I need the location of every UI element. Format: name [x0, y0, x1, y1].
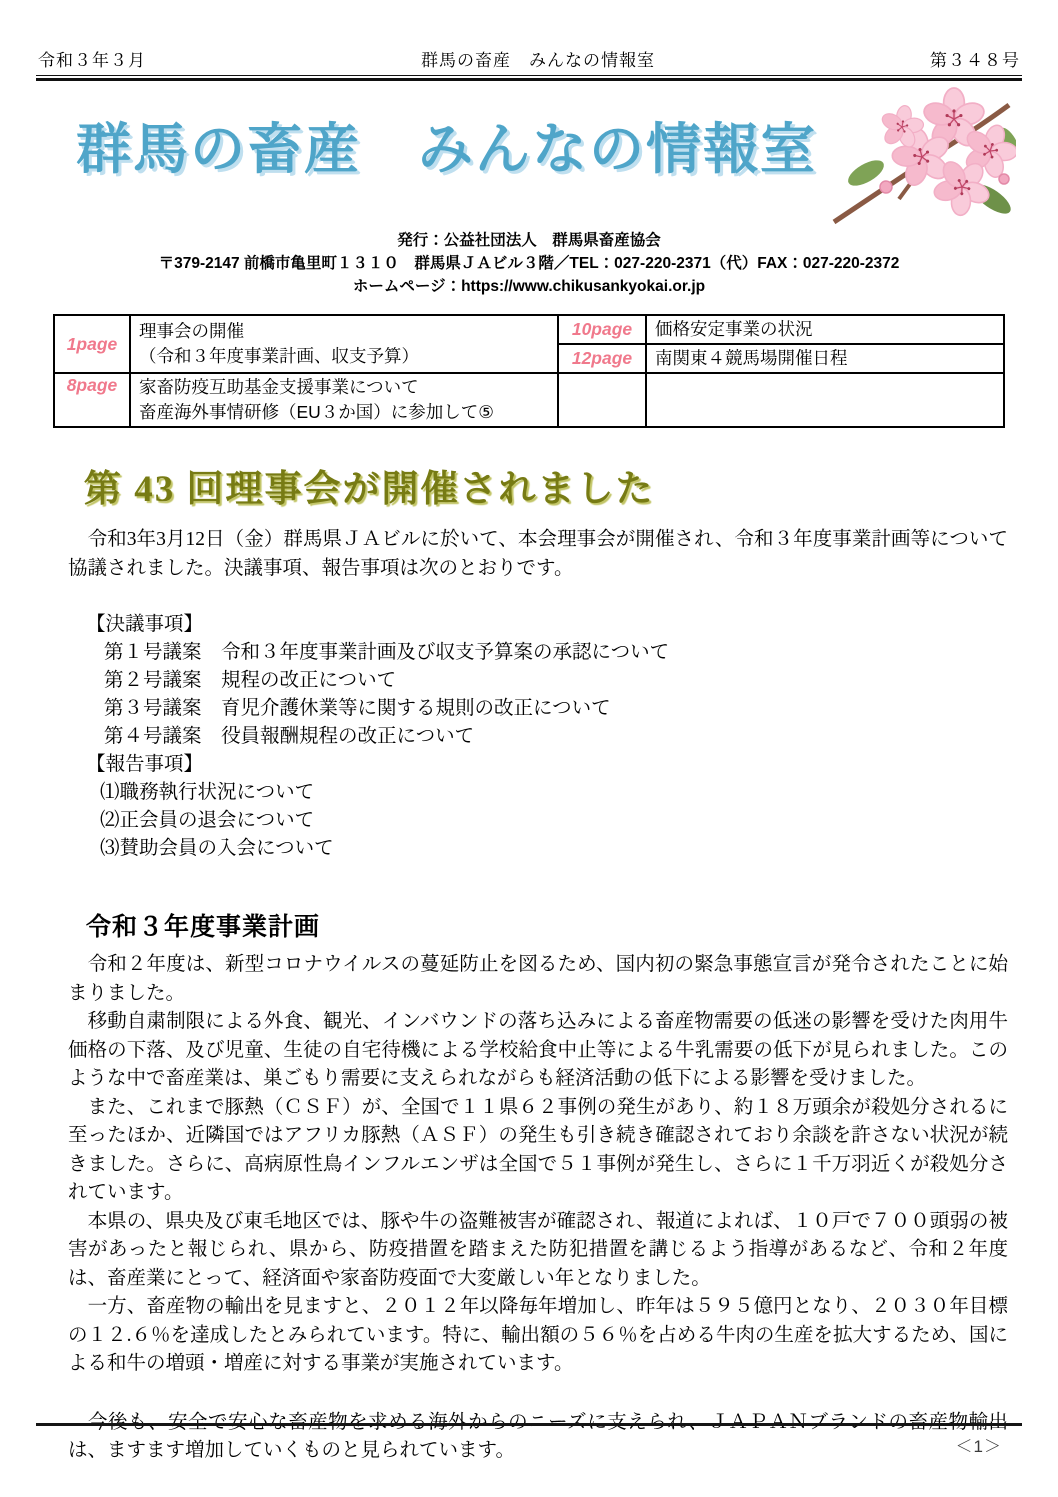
toc-item-text: 南関東４競馬場開催日程 [646, 344, 1004, 373]
plan-paragraph: 本県の、県央及び東毛地区では、豚や牛の盗難被害が確認され、報道によれば、１０戸で… [68, 1208, 1008, 1294]
toc-page-label: 12page [558, 344, 646, 373]
publisher-address: 〒379-2147 前橋市亀里町１３１０ 群馬県ＪＡビル３階／TEL：027-2… [36, 252, 1022, 275]
publisher-block: 発行：公益社団法人 群馬県畜産協会 〒379-2147 前橋市亀里町１３１０ 群… [36, 229, 1022, 298]
running-header: 令和３年３月 群馬の畜産 みんなの情報室 第３４８号 [36, 46, 1022, 75]
article-intro-paragraph: 令和3年3月12日（金）群馬県ＪＡビルに於いて、本会理事会が開催され、令和３年度… [68, 526, 1008, 583]
report-item: ⑵正会員の退会について [100, 807, 1022, 835]
report-item: ⑴職務執行状況について [100, 779, 1022, 807]
report-item: ⑶賛助会員の入会について [100, 835, 1022, 863]
cherry-blossom-image [804, 87, 1016, 229]
toc-page-label: 1page [54, 315, 130, 373]
toc-item-text: 家畜防疫互助基金支援事業について 畜産海外事情研修（EU３か国）に参加して⑤ [130, 373, 558, 427]
toc-empty-cell [558, 373, 646, 427]
plan-section-heading: 令和３年度事業計画 [86, 907, 1022, 943]
plan-paragraph: 令和２年度は、新型コロナウイルスの蔓延防止を図るため、国内初の緊急事態宣言が発令… [68, 951, 1008, 1008]
plan-paragraph: 移動自粛制限による外食、観光、インバウンドの落ち込みによる畜産物需要の低迷の影響… [68, 1008, 1008, 1094]
title-banner: 群馬の畜産 みんなの情報室 [36, 93, 1022, 225]
toc-line: 価格安定事業の状況 [655, 317, 995, 342]
newsletter-title: 群馬の畜産 みんなの情報室 [76, 105, 817, 184]
toc-line: 理事会の開催 [139, 319, 549, 344]
header-newsletter-name: 群馬の畜産 みんなの情報室 [421, 46, 655, 71]
reports-heading: 【報告事項】 [86, 751, 1022, 779]
plan-paragraph: 一方、畜産物の輸出を見ますと、２０１２年以降毎年増加し、昨年は５９５億円となり、… [68, 1293, 1008, 1379]
article-title: 第 43 回理事会が開催されました [84, 458, 1022, 512]
plan-paragraph: また、これまで豚熱（ＣＳＦ）が、全国で１１県６２事例の発生があり、約１８万頭余が… [68, 1094, 1008, 1208]
toc-row: 1page 理事会の開催 （令和３年度事業計画、収支予算） 10page 価格安… [54, 315, 1004, 344]
publisher-name: 発行：公益社団法人 群馬県畜産協会 [36, 229, 1022, 252]
toc-line: 家畜防疫互助基金支援事業について [139, 375, 549, 400]
toc-line: （令和３年度事業計画、収支予算） [139, 344, 549, 369]
header-date: 令和３年３月 [38, 46, 146, 71]
toc-page-label: 8page [54, 373, 130, 427]
page-number: ＜1＞ [956, 1432, 1002, 1457]
resolution-item: 第４号議案 役員報酬規程の改正について [104, 723, 1022, 751]
footer-divider [36, 1423, 1022, 1426]
header-issue-number: 第３４８号 [930, 46, 1020, 71]
publisher-homepage: ホームページ：https://www.chikusankyokai.or.jp [36, 275, 1022, 298]
resolution-item: 第２号議案 規程の改正について [104, 667, 1022, 695]
toc-empty-cell [646, 373, 1004, 427]
toc-row: 8page 家畜防疫互助基金支援事業について 畜産海外事情研修（EU３か国）に参… [54, 373, 1004, 427]
plan-closing-paragraph: 今後も、安全で安心な畜産物を求める海外からのニーズに支えられ、ＪＡＰＡＮブランド… [68, 1409, 1008, 1466]
toc-item-text: 価格安定事業の状況 [646, 315, 1004, 344]
newsletter-page: 令和３年３月 群馬の畜産 みんなの情報室 第３４８号 群馬の畜産 みんなの情報室 [0, 0, 1058, 1497]
header-divider [36, 75, 1022, 81]
resolutions-heading: 【決議事項】 [86, 611, 1022, 639]
toc-page-label: 10page [558, 315, 646, 344]
resolution-item: 第１号議案 令和３年度事業計画及び収支予算案の承認について [104, 639, 1022, 667]
toc-table: 1page 理事会の開催 （令和３年度事業計画、収支予算） 10page 価格安… [53, 314, 1005, 428]
toc-item-text: 理事会の開催 （令和３年度事業計画、収支予算） [130, 315, 558, 373]
toc-line: 南関東４競馬場開催日程 [655, 346, 995, 371]
resolution-item: 第３号議案 育児介護休業等に関する規則の改正について [104, 695, 1022, 723]
toc-line: 畜産海外事情研修（EU３か国）に参加して⑤ [139, 400, 549, 425]
